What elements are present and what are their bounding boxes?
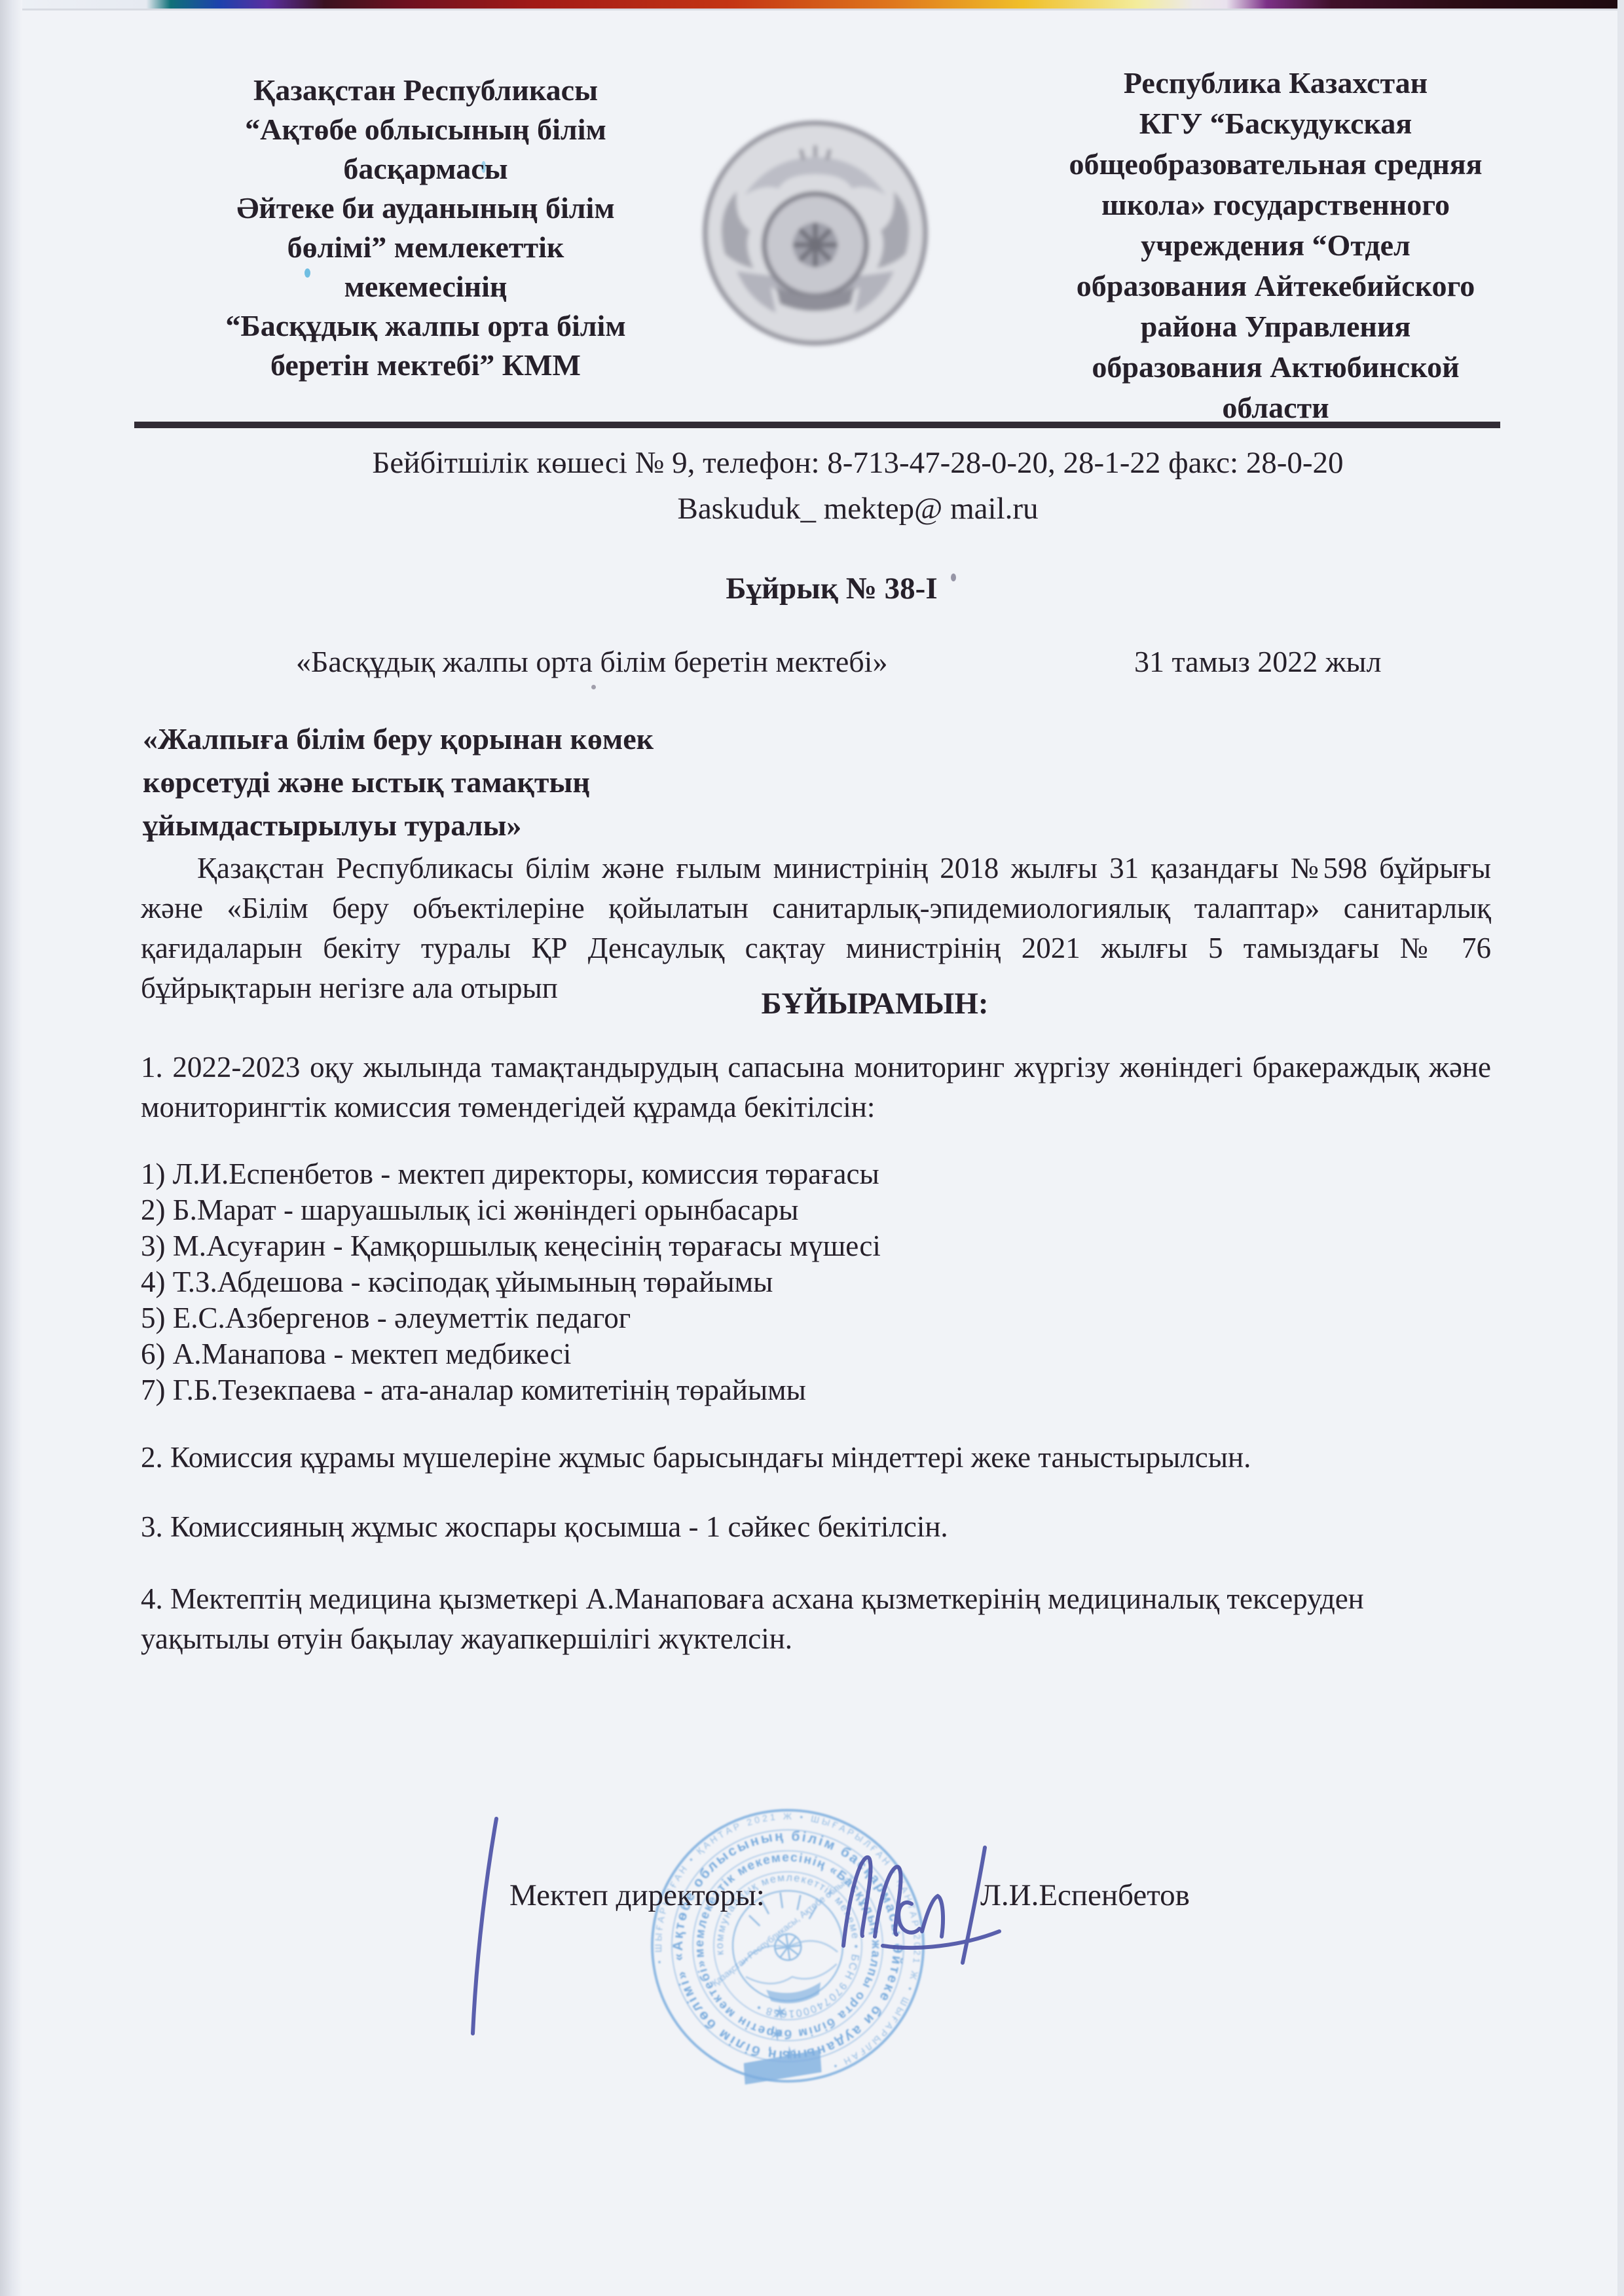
ink-speck bbox=[591, 685, 596, 689]
signature-role-label: Мектеп директоры: bbox=[509, 1878, 765, 1913]
order-item-3: 3. Комиссияның жұмыс жоспары қосымша - 1… bbox=[141, 1507, 1491, 1546]
list-item: 6) А.Манапова - мектеп медбикесі bbox=[141, 1336, 1516, 1372]
order-item-1: 1. 2022-2023 оқу жылында тамақтандырудың… bbox=[141, 1048, 1491, 1127]
scanned-order-document: Қазақстан Республикасы “Ақтөбе облысының… bbox=[0, 0, 1624, 2296]
handwritten-signature bbox=[445, 1794, 1035, 2056]
scan-left-shadow bbox=[0, 0, 22, 2296]
list-item: 4) Т.З.Абдешова - кәсіподақ ұйымының төр… bbox=[141, 1264, 1516, 1300]
resolve-heading: БҰЙЫРАМЫН: bbox=[63, 986, 1624, 1021]
order-date: 31 тамыз 2022 жыл bbox=[1134, 644, 1381, 679]
header-org-name-kazakh: Қазақстан Республикасы “Ақтөбе облысының… bbox=[164, 71, 688, 385]
contact-address: Бейбітшілік көшесі № 9, телефон: 8-713-4… bbox=[46, 440, 1624, 532]
signature-person-name: Л.И.Еспенбетов bbox=[980, 1878, 1190, 1913]
kazakhstan-emblem-icon bbox=[699, 117, 932, 350]
order-item-2: 2. Комиссия құрамы мүшелеріне жұмыс бары… bbox=[141, 1438, 1491, 1477]
list-item: 2) Б.Марат - шаруашылық ісі жөніндегі ор… bbox=[141, 1192, 1516, 1228]
scanner-edge-line bbox=[0, 9, 1624, 10]
list-item: 1) Л.И.Еспенбетов - мектеп директоры, ко… bbox=[141, 1156, 1516, 1192]
order-preamble: Қазақстан Республикасы білім және ғылым … bbox=[141, 848, 1491, 1008]
header-org-name-russian: Республика Казахстан КГУ “Баскудукская о… bbox=[1001, 63, 1551, 428]
order-subject: «Жалпыға білім беру қорынан көмек көрсет… bbox=[143, 718, 929, 847]
school-name-line: «Басқұдық жалпы орта білім беретін мекте… bbox=[296, 644, 887, 679]
scanner-edge-artifact bbox=[0, 0, 1624, 9]
order-number-title: Бұйрық № 38-I bbox=[20, 571, 1624, 606]
commission-members-list: 1) Л.И.Еспенбетов - мектеп директоры, ко… bbox=[141, 1156, 1516, 1408]
list-item: 3) М.Асуғарин - Қамқоршылық кеңесінің тө… bbox=[141, 1228, 1516, 1264]
header-divider-rule bbox=[134, 422, 1500, 428]
order-item-4: 4. Мектептің медицина қызметкері А.Манап… bbox=[141, 1579, 1450, 1659]
list-item: 5) Е.С.Азбергенов - әлеуметтік педагог bbox=[141, 1300, 1516, 1336]
scan-right-shadow bbox=[1617, 0, 1624, 2296]
list-item: 7) Г.Б.Тезекпаева - ата-аналар комитетін… bbox=[141, 1372, 1516, 1408]
pen-flourish-stroke bbox=[473, 1819, 496, 2033]
